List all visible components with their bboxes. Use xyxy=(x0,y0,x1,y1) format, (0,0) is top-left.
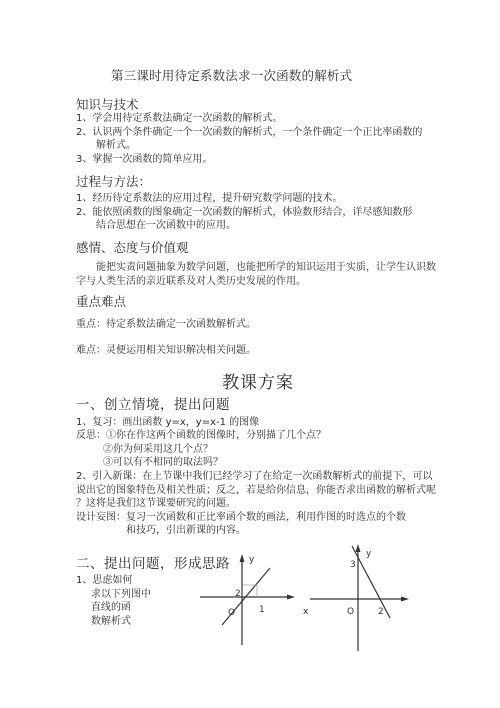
graph-2-y-label: y xyxy=(366,549,372,559)
graph-2-x-label: x xyxy=(303,607,309,617)
graph-2-tick-y: 3 xyxy=(350,560,356,570)
graph-2-y-arrow-icon xyxy=(356,544,361,552)
graph-2-x-arrow-icon xyxy=(401,597,409,602)
graph-2: y 3 x O 2 xyxy=(0,0,500,708)
graph-2-axes xyxy=(310,550,404,651)
graph-2-origin: O xyxy=(347,607,354,617)
graph-2-tick-x: 2 xyxy=(378,607,384,617)
